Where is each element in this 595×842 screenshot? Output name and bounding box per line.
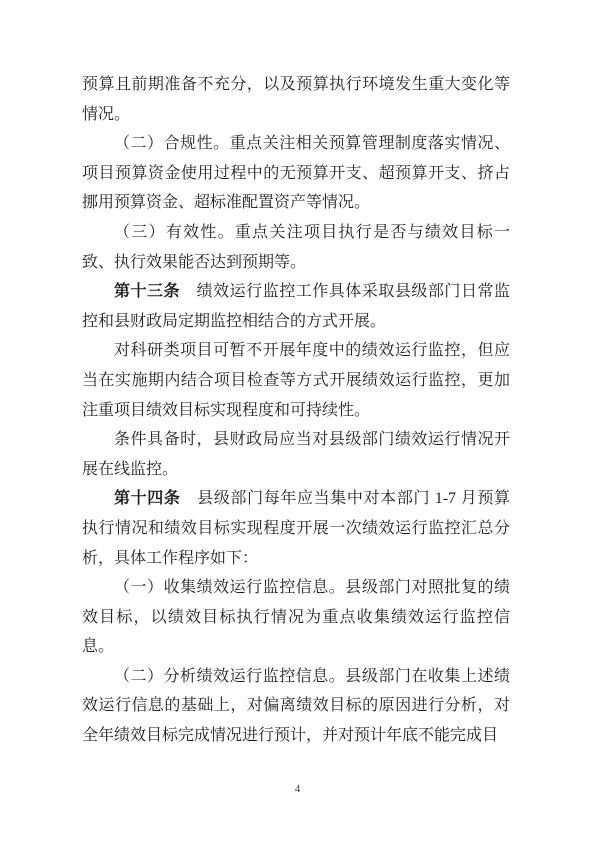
paragraph: （二）分析绩效运行监控信息。县级部门在收集上述绩效运行信息的基础上，对偏离绩效目… (82, 662, 510, 751)
article-number: 第十三条 (114, 283, 180, 300)
text-body: 预算且前期准备不充分，以及预算执行环境发生重大变化等情况。（二）合规性。重点关注… (82, 70, 510, 751)
paragraph-text: （一）收集绩效运行监控信息。县级部门对照批复的绩效目标，以绩效目标执行情况为重点… (82, 579, 510, 655)
paragraph-text: 预算且前期准备不充分，以及预算执行环境发生重大变化等情况。 (82, 76, 510, 123)
paragraph: （二）合规性。重点关注相关预算管理制度落实情况、项目预算资金使用过程中的无预算开… (82, 129, 510, 218)
page-number: 4 (0, 782, 595, 796)
paragraph: 第十四条 县级部门每年应当集中对本部门 1-7 月预算执行情况和绩效目标实现程度… (82, 484, 510, 573)
paragraph-text: （二）合规性。重点关注相关预算管理制度落实情况、项目预算资金使用过程中的无预算开… (82, 135, 510, 211)
article-number: 第十四条 (114, 490, 181, 507)
paragraph-text: 条件具备时，县财政局应当对县级部门绩效运行情况开展在线监控。 (82, 431, 510, 478)
paragraph: （三）有效性。重点关注项目执行是否与绩效目标一致、执行效果能否达到预期等。 (82, 218, 510, 277)
document-page: 预算且前期准备不充分，以及预算执行环境发生重大变化等情况。（二）合规性。重点关注… (0, 0, 595, 842)
paragraph: 条件具备时，县财政局应当对县级部门绩效运行情况开展在线监控。 (82, 425, 510, 484)
paragraph-text: （二）分析绩效运行监控信息。县级部门在收集上述绩效运行信息的基础上，对偏离绩效目… (82, 668, 510, 744)
paragraph: 第十三条 绩效运行监控工作具体采取县级部门日常监控和县财政局定期监控相结合的方式… (82, 277, 510, 336)
paragraph-text: （三）有效性。重点关注项目执行是否与绩效目标一致、执行效果能否达到预期等。 (82, 224, 510, 271)
paragraph: （一）收集绩效运行监控信息。县级部门对照批复的绩效目标，以绩效目标执行情况为重点… (82, 573, 510, 662)
paragraph: 预算且前期准备不充分，以及预算执行环境发生重大变化等情况。 (82, 70, 510, 129)
paragraph-text: 对科研类项目可暂不开展年度中的绩效运行监控，但应当在实施期内结合项目检查等方式开… (82, 342, 510, 418)
paragraph: 对科研类项目可暂不开展年度中的绩效运行监控，但应当在实施期内结合项目检查等方式开… (82, 336, 510, 425)
